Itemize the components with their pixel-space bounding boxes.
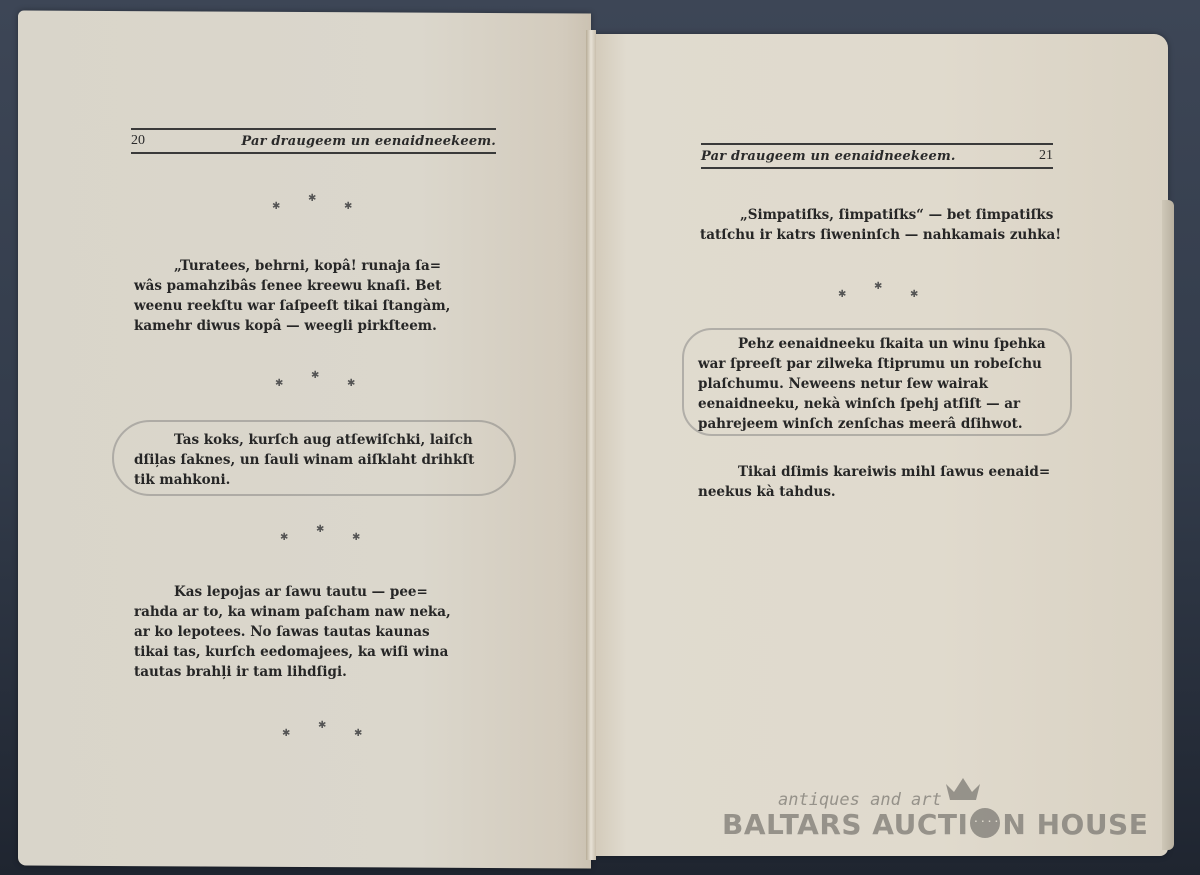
watermark-o-circle — [970, 808, 1000, 838]
asterisk-icon: ✱ — [275, 378, 283, 389]
asterisk-icon: ✱ — [354, 728, 362, 739]
section-separator: ✱ ✱ ✱ — [282, 720, 372, 740]
page-number: 21 — [1039, 148, 1053, 164]
paragraph-highlighted: Pehz eenaidneeku ſkaita un winu ſpehka w… — [698, 334, 1058, 434]
watermark-name: BALTARS AUCTIN HOUSE — [722, 808, 1148, 841]
right-page-header: Par draugeem un eenaidneekeem. 21 — [701, 143, 1053, 169]
asterisk-icon: ✱ — [344, 201, 352, 212]
section-separator: ✱ ✱ ✱ — [838, 281, 928, 301]
paragraph: „Turatees, behrni, kopâ! runaja ſa= wâs … — [134, 256, 498, 336]
asterisk-icon: ✱ — [347, 378, 355, 389]
book-spine — [586, 30, 596, 860]
section-separator: ✱ ✱ ✱ — [272, 193, 362, 213]
paragraph: Kas lepojas ar ſawu tautu — pee= rahda a… — [134, 582, 504, 682]
paragraph: Tikai dſimis kareiwis mihl ſawus eenaid=… — [698, 462, 1058, 502]
asterisk-icon: ✱ — [838, 289, 846, 300]
watermark: antiques and art BALTARS AUCTIN HOUSE — [722, 790, 1122, 850]
asterisk-icon: ✱ — [316, 524, 324, 535]
left-page-header: 20 Par draugeem un eenaidneekeem. — [131, 128, 496, 154]
running-head: Par draugeem un eenaidneekeem. — [701, 149, 956, 164]
page-number: 20 — [131, 133, 145, 149]
section-separator: ✱ ✱ ✱ — [275, 370, 365, 390]
asterisk-icon: ✱ — [308, 193, 316, 204]
section-separator: ✱ ✱ ✱ — [280, 524, 370, 544]
asterisk-icon: ✱ — [352, 532, 360, 543]
paragraph: „Simpatiſks, ſimpatiſks“ — bet ſimpatiſk… — [700, 205, 1055, 245]
asterisk-icon: ✱ — [874, 281, 882, 292]
running-head: Par draugeem un eenaidneekeem. — [241, 134, 496, 149]
asterisk-icon: ✱ — [311, 370, 319, 381]
asterisk-icon: ✱ — [910, 289, 918, 300]
asterisk-icon: ✱ — [272, 201, 280, 212]
asterisk-icon: ✱ — [280, 532, 288, 543]
paragraph-highlighted: Tas koks, kurſch aug atſewiſchki, laiſch… — [134, 430, 504, 490]
crown-icon — [946, 778, 980, 800]
page-stack-edge — [1162, 200, 1174, 850]
watermark-tagline: antiques and art — [778, 790, 942, 810]
asterisk-icon: ✱ — [282, 728, 290, 739]
asterisk-icon: ✱ — [318, 720, 326, 731]
